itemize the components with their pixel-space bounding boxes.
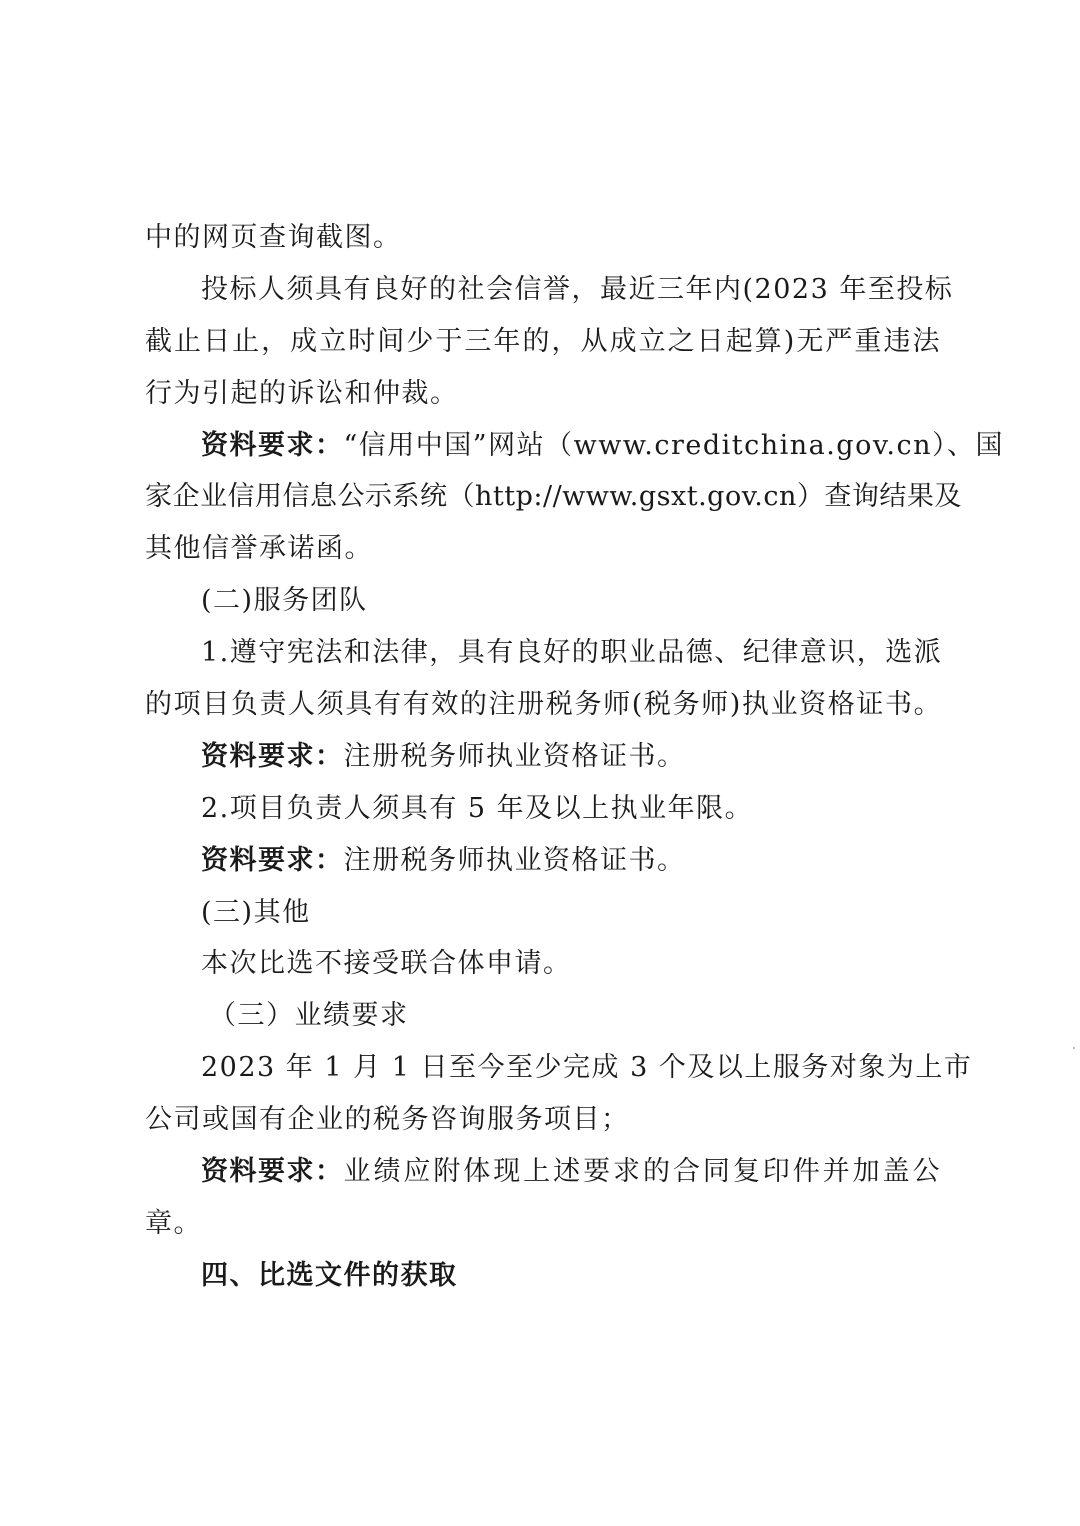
paragraph-reputation-line-3: 行为引起的诉讼和仲裁。 [145,372,945,424]
materials-label: 资料要求： [201,1150,344,1202]
section-heading-4: 四、比选文件的获取 [145,1254,945,1306]
materials-text: 业绩应附体现上述要求的合同复印件并加盖公 [344,1150,942,1202]
paragraph-materials-cert-1: 资料要求：注册税务师执业资格证书。 [145,735,945,787]
paragraph-reputation-line-1: 投标人须具有良好的社会信誉，最近三年内(2023 年至投标 [145,268,941,320]
paragraph-materials-credit-line-2: 家企业信用信息公示系统（http://www.gsxt.gov.cn）查询结果及 [145,475,941,527]
paragraph-experience-years: 2.项目负责人须具有 5 年及以上执业年限。 [145,787,945,839]
document-body: 中的网页查询截图。 投标人须具有良好的社会信誉，最近三年内(2023 年至投标 … [145,216,945,1306]
materials-text: “信用中国”网站（www.creditchina.gov.cn）、国 [344,424,1005,476]
paragraph-qualification-line-1: 1.遵守宪法和法律，具有良好的职业品德、纪律意识，选派 [145,631,941,683]
paragraph-reputation-line-2: 截止日止，成立时间少于三年的，从成立之日起算)无严重违法 [145,320,941,372]
materials-label: 资料要求： [201,845,344,876]
paragraph-performance-line-2: 公司或国有企业的税务咨询服务项目； [145,1098,945,1150]
scan-artifact [1073,1047,1075,1049]
materials-text: 注册税务师执业资格证书。 [344,845,686,876]
paragraph-performance-line-1: 2023 年 1 月 1 日至今至少完成 3 个及以上服务对象为上市 [145,1046,941,1098]
paragraph-materials-contract-line-2: 章。 [145,1202,945,1254]
materials-label: 资料要求： [201,741,344,772]
subheading-other: (三)其他 [145,891,945,943]
paragraph-materials-cert-2: 资料要求：注册税务师执业资格证书。 [145,839,945,891]
paragraph-no-consortium: 本次比选不接受联合体申请。 [145,942,945,994]
subheading-performance-requirements: （三）业绩要求 [145,994,945,1046]
paragraph-continuation: 中的网页查询截图。 [145,216,945,268]
paragraph-qualification-line-2: 的项目负责人须具有有效的注册税务师(税务师)执业资格证书。 [145,683,941,735]
materials-label: 资料要求： [201,424,344,476]
subheading-service-team: (二)服务团队 [145,579,945,631]
paragraph-materials-credit-line-3: 其他信誉承诺函。 [145,527,945,579]
paragraph-materials-credit-line-1: 资料要求： “信用中国”网站（www.creditchina.gov.cn）、国 [145,424,941,476]
materials-text: 注册税务师执业资格证书。 [344,741,686,772]
paragraph-materials-contract-line-1: 资料要求： 业绩应附体现上述要求的合同复印件并加盖公 [145,1150,941,1202]
document-page: 中的网页查询截图。 投标人须具有良好的社会信誉，最近三年内(2023 年至投标 … [0,0,1080,1526]
